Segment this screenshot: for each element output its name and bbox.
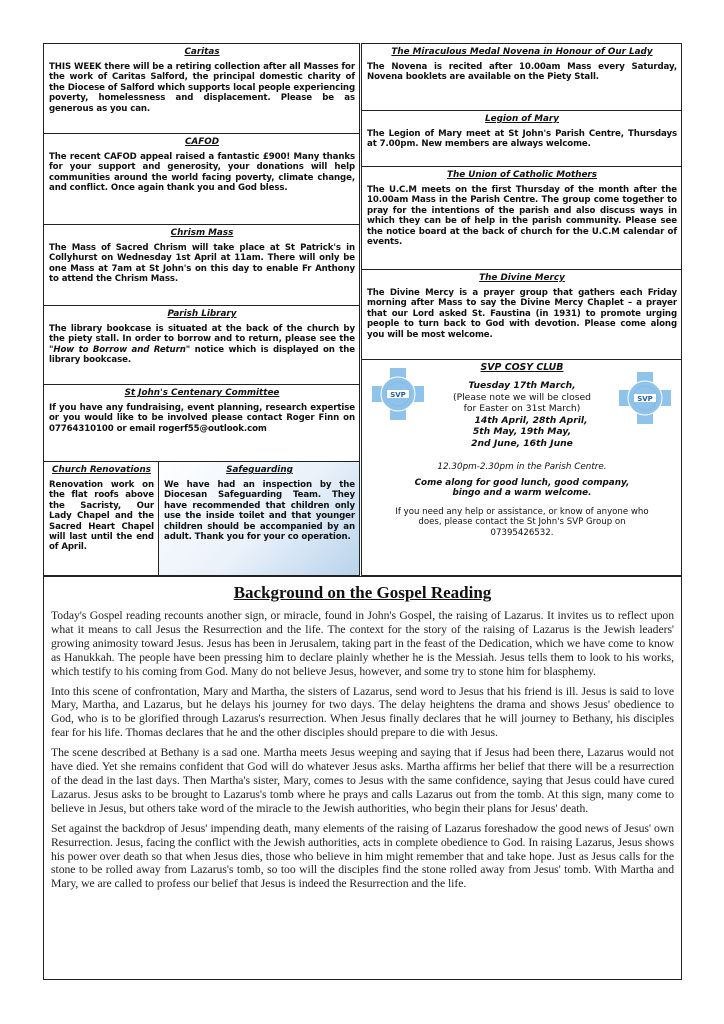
svp-invite-2: bingo and a warm welcome. xyxy=(367,488,677,498)
library-text: The library bookcase is situated at the … xyxy=(49,324,355,344)
divine-mercy-body: The Divine Mercy is a prayer group that … xyxy=(367,288,677,340)
cafod-notice: CAFOD The recent CAFOD appeal raised a f… xyxy=(43,133,360,225)
novena-body: The Novena is recited after 10.00am Mass… xyxy=(367,62,677,83)
caritas-notice: Caritas THIS WEEK there will be a retiri… xyxy=(43,43,360,134)
centenary-body: If you have any fundraising, event plann… xyxy=(49,403,355,434)
caritas-body: THIS WEEK there will be a retiring colle… xyxy=(49,62,355,114)
gospel-paragraph: Set against the backdrop of Jesus' impen… xyxy=(51,822,674,892)
svp-logo-icon-right: SVP xyxy=(617,370,673,426)
svp-invite: Come along for good lunch, good company, xyxy=(367,478,677,488)
library-quote: "How to Borrow and Return" xyxy=(49,345,190,355)
cafod-body: The recent CAFOD appeal raised a fantast… xyxy=(49,152,355,194)
svp-dates-may: 5th May, 19th May, xyxy=(367,426,677,438)
renovations-body: Renovation work on the flat roofs above … xyxy=(49,480,154,553)
svp-cosy-club-notice: SVP SVP SVP COSY CLUB Tuesday 17th March… xyxy=(361,359,682,576)
renovations-title: Church Renovations xyxy=(49,464,154,476)
ucm-notice: The Union of Catholic Mothers The U.C.M … xyxy=(361,166,682,270)
gospel-paragraph: Today's Gospel reading recounts another … xyxy=(51,609,674,679)
chrism-mass-notice: Chrism Mass The Mass of Sacred Chrism wi… xyxy=(43,224,360,306)
divine-mercy-notice: The Divine Mercy The Divine Mercy is a p… xyxy=(361,269,682,360)
parish-library-notice: Parish Library The library bookcase is s… xyxy=(43,305,360,385)
divine-mercy-title: The Divine Mercy xyxy=(367,272,677,284)
left-column: Caritas THIS WEEK there will be a retiri… xyxy=(43,43,360,576)
cafod-title: CAFOD xyxy=(49,136,355,148)
church-renovations-notice: Church Renovations Renovation work on th… xyxy=(43,461,159,576)
chrism-mass-body: The Mass of Sacred Chrism will take plac… xyxy=(49,243,355,285)
safeguarding-body: We have had an inspection by the Diocesa… xyxy=(164,480,355,542)
svp-phone: 07395426532. xyxy=(367,528,677,538)
chrism-mass-title: Chrism Mass xyxy=(49,227,355,239)
centenary-committee-notice: St John's Centenary Committee If you hav… xyxy=(43,384,360,462)
newsletter-page: Caritas THIS WEEK there will be a retiri… xyxy=(43,43,682,980)
gospel-paragraph: The scene described at Bethany is a sad … xyxy=(51,746,674,816)
gospel-title: Background on the Gospel Reading xyxy=(51,583,674,603)
gospel-paragraph: Into this scene of confrontation, Mary a… xyxy=(51,685,674,741)
legion-of-mary-notice: Legion of Mary The Legion of Mary meet a… xyxy=(361,110,682,167)
ucm-title: The Union of Catholic Mothers xyxy=(367,169,677,181)
gospel-background-section: Background on the Gospel Reading Today's… xyxy=(43,576,682,980)
svp-time: 12.30pm-2.30pm in the Parish Centre. xyxy=(367,462,677,472)
safeguarding-notice: Safeguarding We have had an inspection b… xyxy=(158,461,360,576)
svp-help: If you need any help or assistance, or k… xyxy=(367,507,677,517)
legion-body: The Legion of Mary meet at St John's Par… xyxy=(367,129,677,150)
right-column: The Miraculous Medal Novena in Honour of… xyxy=(361,43,682,576)
svp-help-2: does, please contact the St John's SVP G… xyxy=(367,517,677,527)
svg-text:SVP: SVP xyxy=(390,391,406,399)
parish-library-body: The library bookcase is situated at the … xyxy=(49,324,355,366)
legion-title: Legion of Mary xyxy=(367,113,677,125)
notices-section: Caritas THIS WEEK there will be a retiri… xyxy=(43,43,682,576)
novena-title: The Miraculous Medal Novena in Honour of… xyxy=(367,46,677,58)
svp-dates-june: 2nd June, 16th June xyxy=(367,438,677,450)
parish-library-title: Parish Library xyxy=(49,308,355,320)
svg-text:SVP: SVP xyxy=(637,395,653,403)
safeguarding-title: Safeguarding xyxy=(164,464,355,476)
ucm-body: The U.C.M meets on the first Thursday of… xyxy=(367,185,677,247)
caritas-title: Caritas xyxy=(49,46,355,58)
centenary-title: St John's Centenary Committee xyxy=(49,387,355,399)
svp-logo-icon: SVP xyxy=(370,366,426,422)
novena-notice: The Miraculous Medal Novena in Honour of… xyxy=(361,43,682,111)
